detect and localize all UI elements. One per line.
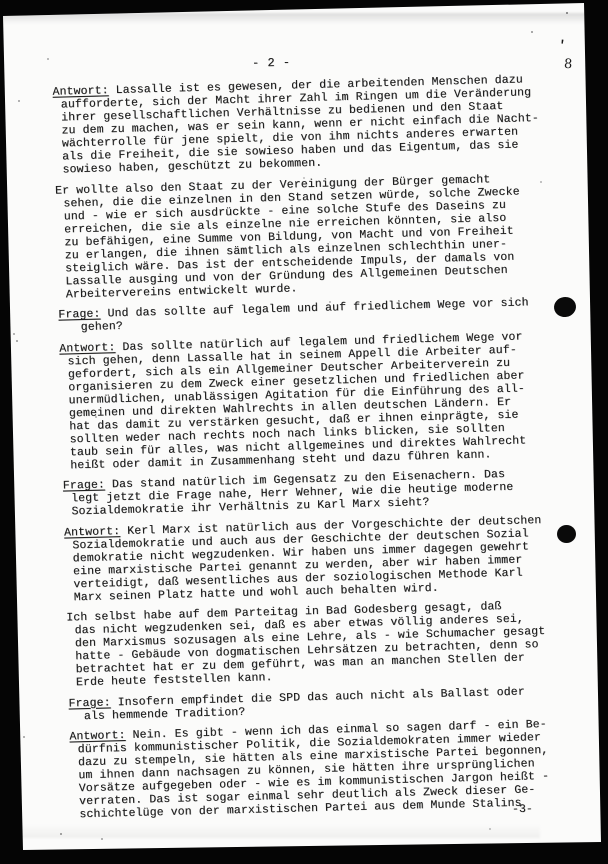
qa-block: Frage: Insofern empfindet die SPD das au…	[68, 684, 571, 723]
qa-label: Frage:	[68, 696, 110, 710]
next-page-catchword: -3-	[512, 803, 533, 816]
qa-block: Antwort: Lassalle ist es gewesen, der di…	[52, 73, 556, 177]
paper: - 2 - ' 8 Antwort: Lassalle ist es gewes…	[0, 0, 608, 864]
qa-label: Antwort:	[64, 525, 120, 539]
scan-noise-specks	[0, 0, 2, 2]
pen-tick-mark: '	[557, 38, 567, 54]
qa-block: Antwort: Kerl Marx ist natürlich aus der…	[64, 513, 568, 604]
page-number: - 2 -	[252, 56, 291, 71]
qa-block: Frage: Und das sollte auf legalem und au…	[58, 295, 561, 334]
punch-hole-bottom	[557, 525, 576, 543]
qa-label: Frage:	[58, 308, 100, 322]
qa-label: Frage:	[63, 478, 105, 492]
scan-smudge-top	[0, 13, 608, 24]
typewritten-text-body: Antwort: Lassalle ist es gewesen, der di…	[52, 73, 573, 829]
qa-block: Antwort: Nein. Es gibt - wenn ich das ei…	[69, 717, 573, 821]
qa-block: Antwort: Das sollte natürlich auf legale…	[59, 329, 564, 472]
qa-label: Antwort:	[59, 341, 115, 355]
handwritten-mark: 8	[563, 57, 572, 73]
scanned-typewritten-page: { "page": { "page_number": "- 2 -", "nex…	[0, 0, 608, 864]
qa-block: Frage: Das stand natürlich im Gegensatz …	[63, 466, 566, 518]
paragraph: Ich selbst habe auf dem Parteitag in Bad…	[66, 598, 570, 689]
paragraph: Er wollte also den Staat zu der Vereinig…	[55, 171, 560, 301]
